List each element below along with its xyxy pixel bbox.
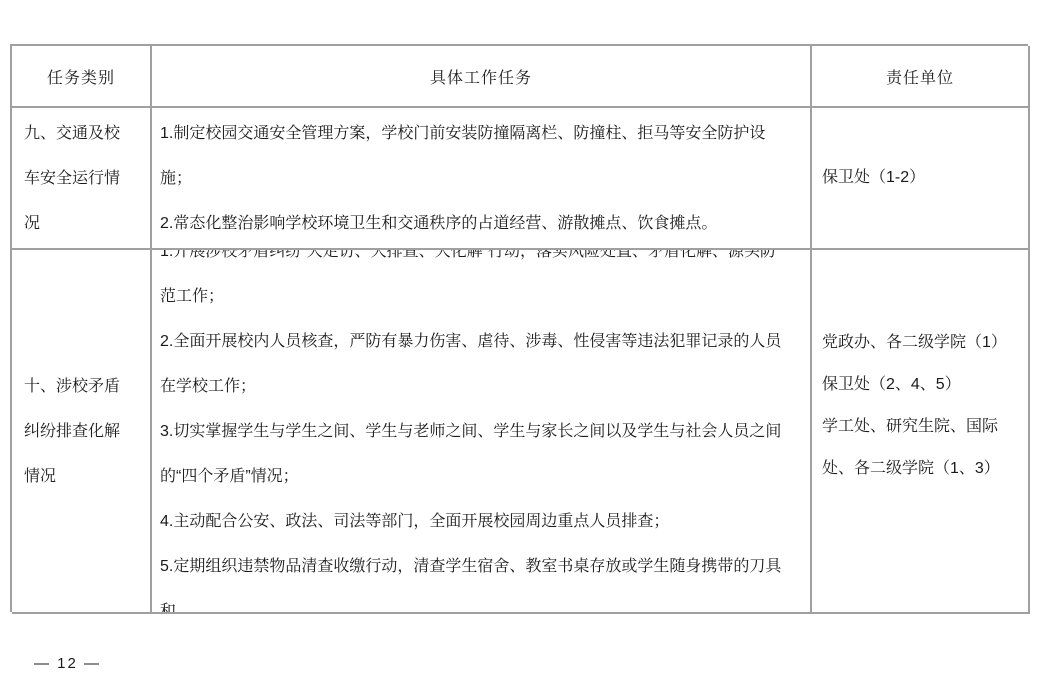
unit-item: 保卫处（2、4、5） [822,364,1022,406]
tasks-cell-row1: 1.制定校园交通安全管理方案，学校门前安装防撞隔离栏、防撞柱、拒马等安全防护设施… [152,108,812,250]
task-item: 2.全面开展校内人员核查，严防有暴力伤害、虐待、涉毒、性侵害等违法犯罪记录的人员… [160,319,784,409]
category-cell-row1: 九、交通及校车安全运行情况 [12,108,152,250]
header-task-category: 任务类别 [12,46,152,108]
page-number: — 12 — [34,655,101,672]
units-cell-row2: 党政办、各二级学院（1） 保卫处（2、4、5） 学工处、研究生院、国际处、各二级… [812,250,1030,614]
category-text: 十、涉校矛盾纠纷排查化解情况 [24,364,127,499]
task-item: 1.开展涉校矛盾纠纷“大走访、大排查、大化解”行动，落实风险处置、矛盾化解、源头… [160,250,784,319]
unit-item: 保卫处（1-2） [822,157,1022,199]
task-item: 5.定期组织违禁物品清查收缴行动，清查学生宿舍、教室书桌存放或学生随身携带的刀具… [160,544,784,615]
task-item: 3.切实掌握学生与学生之间、学生与老师之间、学生与家长之间以及学生与社会人员之间… [160,409,784,499]
header-responsible-unit: 责任单位 [812,46,1030,108]
units-cell-row1: 保卫处（1-2） [812,108,1030,250]
task-item: 2.常态化整治影响学校环境卫生和交通秩序的占道经营、游散摊点、饮食摊点。 [160,201,784,246]
unit-item: 党政办、各二级学院（1） [822,322,1022,364]
unit-item: 学工处、研究生院、国际处、各二级学院（1、3） [822,406,1022,490]
category-text: 九、交通及校车安全运行情况 [24,111,127,246]
task-table: 任务类别 具体工作任务 责任单位 九、交通及校车安全运行情况 1.制定校园交通安… [10,44,1028,612]
tasks-cell-row2: 1.开展涉校矛盾纠纷“大走访、大排查、大化解”行动，落实风险处置、矛盾化解、源头… [152,250,812,614]
task-item: 4.主动配合公安、政法、司法等部门，全面开展校园周边重点人员排查； [160,499,784,544]
header-specific-tasks: 具体工作任务 [152,46,812,108]
document-page: 任务类别 具体工作任务 责任单位 九、交通及校车安全运行情况 1.制定校园交通安… [0,0,1038,692]
task-item: 1.制定校园交通安全管理方案，学校门前安装防撞隔离栏、防撞柱、拒马等安全防护设施… [160,111,784,201]
category-cell-row2: 十、涉校矛盾纠纷排查化解情况 [12,250,152,614]
